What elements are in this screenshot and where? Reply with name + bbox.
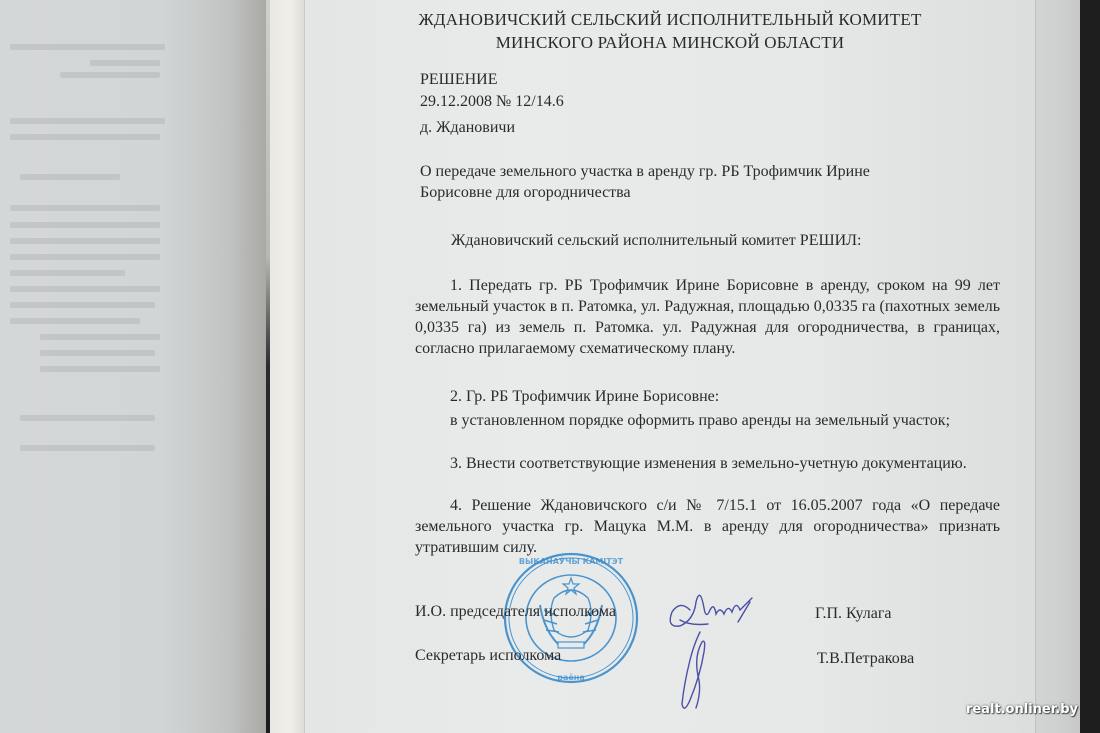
faded-text-line xyxy=(40,334,160,340)
item-2-subtext: в установленном порядке оформить право а… xyxy=(415,410,1000,431)
signature-name-2: Т.В.Петракова xyxy=(817,650,914,668)
preamble: Ждановичский сельский исполнительный ком… xyxy=(451,232,861,250)
header-line-2: МИНСКОГО РАЙОНА МИНСКОЙ ОБЛАСТИ xyxy=(305,33,1035,53)
faded-text-line xyxy=(20,445,155,451)
faded-text-line xyxy=(10,238,160,244)
item-text: Передать гр. РБ Трофимчик Ирине Борисовн… xyxy=(415,277,1000,357)
item-1: 1. Передать гр. РБ Трофимчик Ирине Борис… xyxy=(415,275,1000,359)
faded-text-line xyxy=(10,318,140,324)
faded-text-line xyxy=(10,270,125,276)
header-line-1: ЖДАНОВИЧСКИЙ СЕЛЬСКИЙ ИСПОЛНИТЕЛЬНЫЙ КОМ… xyxy=(305,10,1035,30)
faded-text-line xyxy=(10,302,155,308)
item-text: Решение Ждановичского с/и № 7/15.1 от 16… xyxy=(415,497,1000,556)
item-text: Гр. РБ Трофимчик Ирине Борисовне: xyxy=(466,388,719,405)
signature-name-1: Г.П. Кулага xyxy=(815,605,892,623)
document-type: РЕШЕНИЕ xyxy=(420,71,497,89)
faded-text-line xyxy=(60,72,160,78)
signature-position-2: Секретарь исполкома xyxy=(415,647,561,665)
subject-line-2: Борисовне для огородничества xyxy=(420,184,631,202)
page-edge-strip xyxy=(270,0,305,733)
faded-text-line xyxy=(10,44,165,50)
handwritten-signature-icon xyxy=(660,580,770,720)
dark-background xyxy=(1080,0,1100,733)
signature-position-1: И.О. председателя исполкома xyxy=(415,603,616,621)
svg-text:ВЫКАНАЎЧЫ КАМІТЭТ: ВЫКАНАЎЧЫ КАМІТЭТ xyxy=(519,555,624,566)
faded-text-line xyxy=(20,415,155,421)
item-number: 3. xyxy=(450,455,462,472)
item-number: 4. xyxy=(450,497,462,514)
faded-text-line xyxy=(10,205,160,211)
faded-text-line xyxy=(10,134,160,140)
page-stack-edge xyxy=(1035,0,1081,733)
decision-document: ЖДАНОВИЧСКИЙ СЕЛЬСКИЙ ИСПОЛНИТЕЛЬНЫЙ КОМ… xyxy=(305,0,1035,733)
item-3: 3. Внести соответствующие изменения в зе… xyxy=(415,453,1000,474)
date-number: 29.12.2008 № 12/14.6 xyxy=(420,93,564,111)
item-number: 1. xyxy=(450,277,462,294)
item-subtext: в установленном порядке оформить право а… xyxy=(450,412,950,429)
watermark: realt.onliner.by xyxy=(966,702,1078,717)
svg-text:раёна: раёна xyxy=(557,673,584,682)
faded-text-line xyxy=(90,60,160,66)
item-4: 4. Решение Ждановичского с/и № 7/15.1 от… xyxy=(415,495,1000,558)
item-number: 2. xyxy=(450,388,462,405)
place: д. Ждановичи xyxy=(420,119,515,137)
faded-text-line xyxy=(10,286,160,292)
faded-text-line xyxy=(10,118,165,124)
faded-text-line xyxy=(20,174,120,180)
item-2: 2. Гр. РБ Трофимчик Ирине Борисовне: xyxy=(415,386,1000,407)
background-page-left xyxy=(0,0,268,733)
faded-text-line xyxy=(10,222,160,228)
faded-text-line xyxy=(10,254,160,260)
subject-line-1: О передаче земельного участка в аренду г… xyxy=(420,163,870,181)
faded-text-line xyxy=(40,350,155,356)
faded-text-line xyxy=(40,366,160,372)
item-text: Внести соответствующие изменения в земел… xyxy=(466,455,967,472)
